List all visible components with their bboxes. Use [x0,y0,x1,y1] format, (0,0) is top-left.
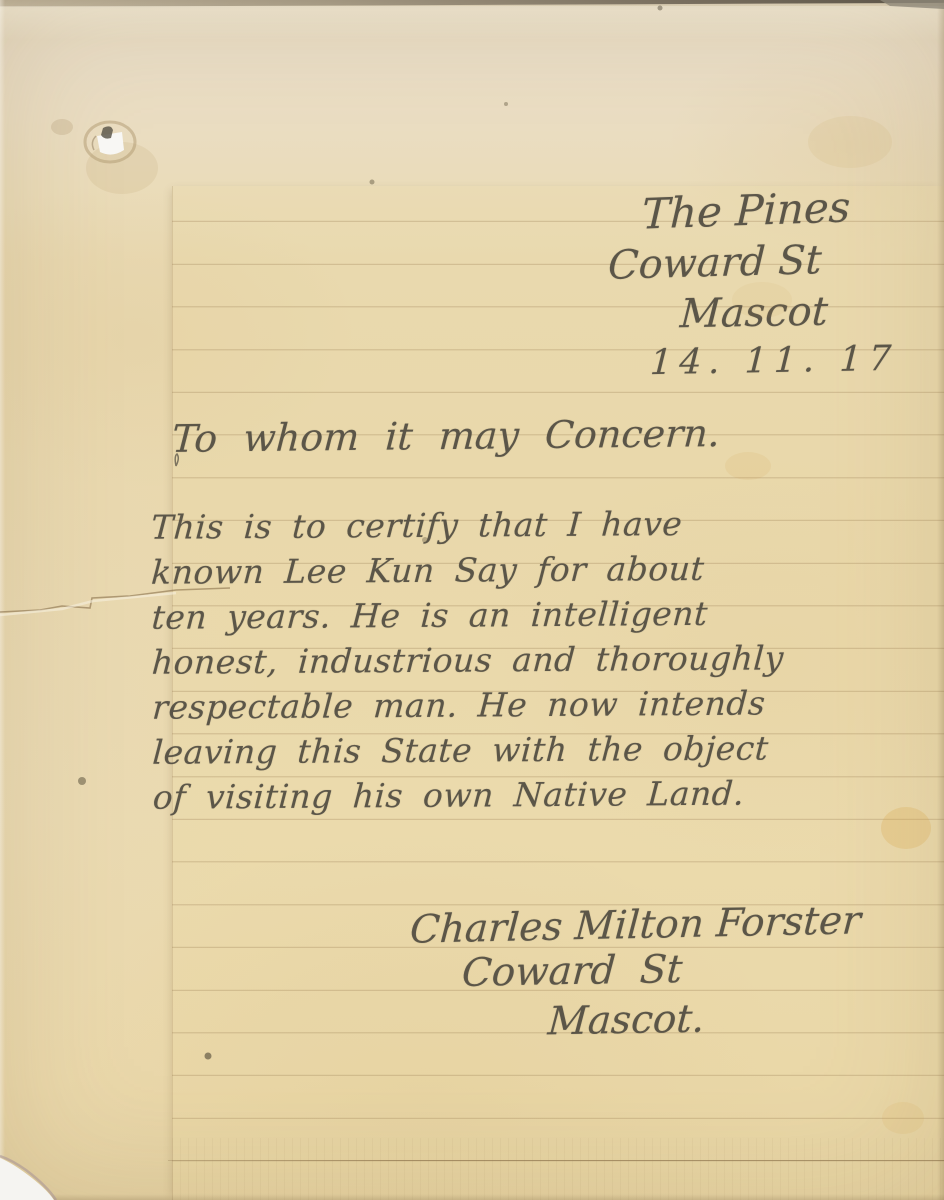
letterhead-house-name: The Pines [641,182,851,238]
body-line-1: This is to certify that I have [150,499,944,550]
letterhead-date: 14. 11. 17 [649,339,899,383]
paper-top-edge-highlight [0,6,944,40]
signature-street: Coward St [460,947,683,996]
body-line-5: respectable man. He now intends [151,679,944,730]
letterhead-suburb: Mascot [679,289,829,338]
letterhead-street: Coward St [607,237,823,289]
letter-photograph: The Pines Coward St Mascot 14. 11. 17 To… [0,0,944,1200]
body-line-4: honest, industrious and thoroughly [151,634,944,685]
paper-bottom-edge [0,1194,944,1200]
paper-hole [85,122,135,162]
body-line-3: ten years. He is an intelligent [150,589,944,640]
signature-suburb: Mascot. [546,997,706,1045]
salutation: To whom it may Concern. [171,411,722,461]
body-line-6: leaving this State with the object [151,724,944,775]
signature-name: Charles Milton Forster [409,898,863,953]
paper-left-edge [0,0,5,1200]
body-paragraph: This is to certify that I have known Lee… [151,499,944,820]
body-line-2: known Lee Kun Say for about [150,544,944,595]
laid-paper-striations [172,1138,944,1200]
body-line-7: of visiting his own Native Land. [152,769,944,820]
